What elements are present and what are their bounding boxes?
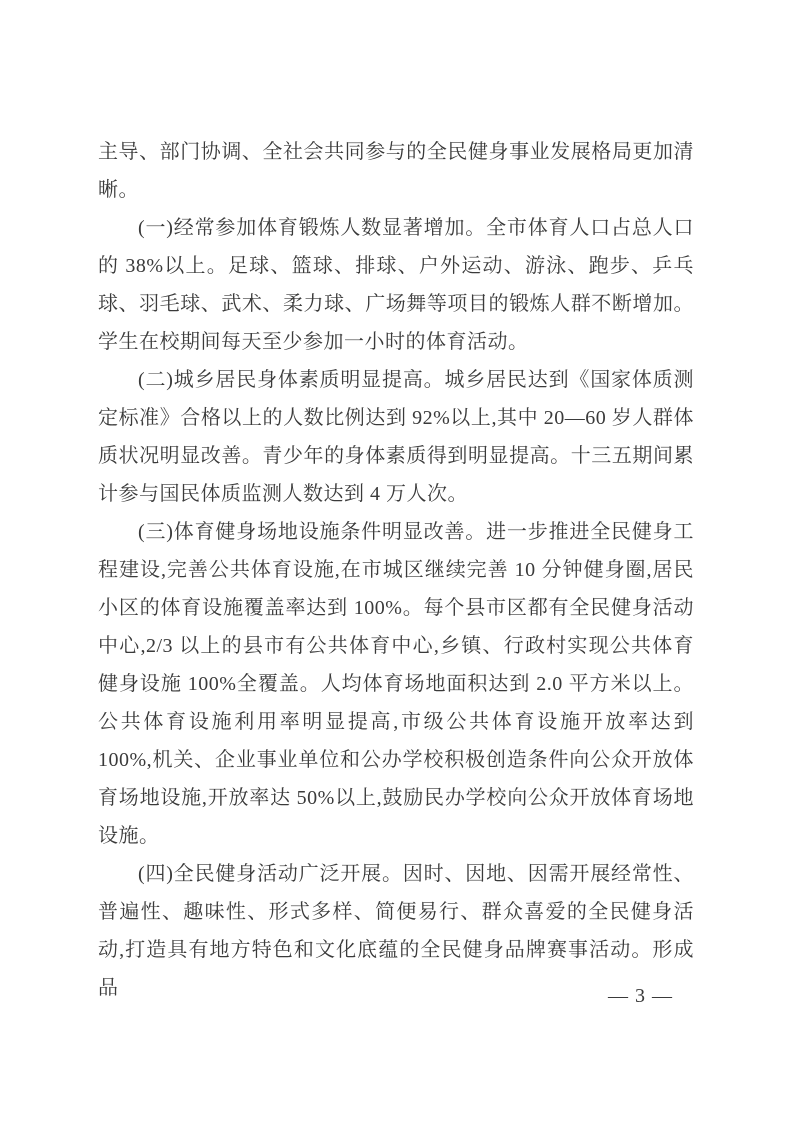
paragraph-item-4: (四)全民健身活动广泛开展。因时、因地、因需开展经常性、普遍性、趣味性、形式多样… bbox=[98, 855, 694, 1007]
page-number: — 3 — bbox=[608, 984, 673, 1008]
document-body: 主导、部门协调、全社会共同参与的全民健身事业发展格局更加清晰。 (一)经常参加体… bbox=[98, 133, 694, 1007]
paragraph-item-3: (三)体育健身场地设施条件明显改善。进一步推进全民健身工程建设,完善公共体育设施… bbox=[98, 513, 694, 855]
document-page: 主导、部门协调、全社会共同参与的全民健身事业发展格局更加清晰。 (一)经常参加体… bbox=[0, 0, 793, 1122]
paragraph-continuation: 主导、部门协调、全社会共同参与的全民健身事业发展格局更加清晰。 bbox=[98, 133, 694, 209]
paragraph-item-2: (二)城乡居民身体素质明显提高。城乡居民达到《国家体质测定标准》合格以上的人数比… bbox=[98, 361, 694, 513]
paragraph-item-1: (一)经常参加体育锻炼人数显著增加。全市体育人口占总人口的 38%以上。足球、篮… bbox=[98, 209, 694, 361]
